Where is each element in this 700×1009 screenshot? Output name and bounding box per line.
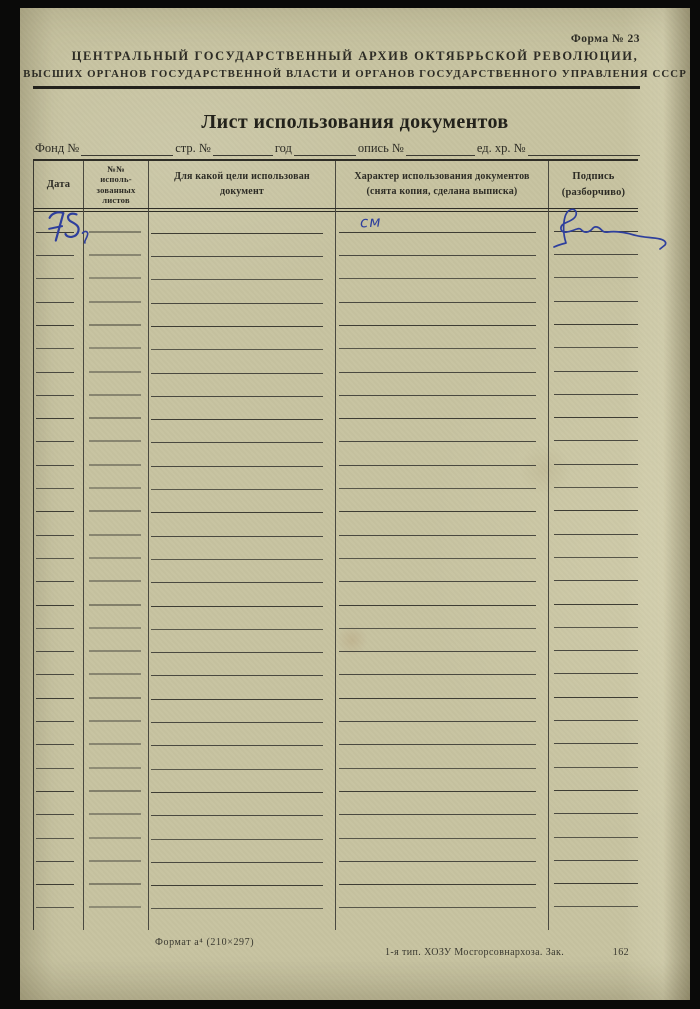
table-cell bbox=[33, 722, 83, 745]
table-cell bbox=[33, 582, 83, 605]
table-cell bbox=[33, 395, 83, 418]
table-cell bbox=[335, 325, 548, 348]
table-cell bbox=[148, 512, 335, 535]
table-cell bbox=[548, 675, 638, 698]
table-cell bbox=[335, 302, 548, 325]
table-cell bbox=[335, 861, 548, 884]
table-cell bbox=[335, 838, 548, 861]
table-cell bbox=[83, 279, 148, 302]
column-header-usage-character: Характер использования документов (снята… bbox=[335, 161, 548, 208]
table-cell bbox=[335, 675, 548, 698]
table-cell bbox=[548, 279, 638, 302]
table-cell bbox=[148, 605, 335, 628]
table-row bbox=[33, 558, 638, 581]
table-cell bbox=[33, 791, 83, 814]
column-header-signature: Подпись (разборчиво) bbox=[548, 161, 638, 208]
table-cell bbox=[83, 675, 148, 698]
table-cell bbox=[335, 885, 548, 908]
table-cell bbox=[33, 908, 83, 930]
table-cell bbox=[335, 279, 548, 302]
table-cell bbox=[548, 372, 638, 395]
table-cell bbox=[33, 465, 83, 488]
table-row bbox=[33, 512, 638, 535]
column-header-purpose: Для какой цели использован документ bbox=[148, 161, 335, 208]
table-cell bbox=[83, 419, 148, 442]
table-cell bbox=[335, 512, 548, 535]
storage-unit-label: ед. хр. № bbox=[475, 142, 528, 156]
handwritten-usage-note: см bbox=[360, 213, 382, 232]
header-rule bbox=[33, 86, 640, 89]
table-cell bbox=[148, 861, 335, 884]
table-cell bbox=[83, 628, 148, 651]
table-row bbox=[33, 442, 638, 465]
table-row bbox=[33, 605, 638, 628]
table-row bbox=[33, 791, 638, 814]
table-cell bbox=[335, 745, 548, 768]
table-cell bbox=[83, 372, 148, 395]
table-cell bbox=[148, 582, 335, 605]
table-cell bbox=[548, 815, 638, 838]
table-cell bbox=[548, 465, 638, 488]
table-cell bbox=[548, 652, 638, 675]
handwritten-75g-scribble bbox=[37, 202, 93, 249]
table-row bbox=[33, 395, 638, 418]
usage-table-header: Дата №№ исполь- зованных листов Для како… bbox=[33, 159, 638, 209]
table-cell bbox=[148, 698, 335, 721]
table-cell bbox=[548, 419, 638, 442]
table-cell bbox=[33, 256, 83, 279]
table-cell bbox=[33, 768, 83, 791]
table-cell bbox=[83, 652, 148, 675]
table-cell bbox=[83, 209, 148, 232]
table-cell bbox=[148, 815, 335, 838]
table-cell bbox=[335, 652, 548, 675]
table-cell bbox=[33, 861, 83, 884]
table-cell bbox=[83, 489, 148, 512]
table-cell bbox=[33, 885, 83, 908]
handwritten-date-entry bbox=[37, 202, 93, 249]
storage-unit-blank-line bbox=[528, 143, 640, 156]
table-cell bbox=[33, 302, 83, 325]
table-cell bbox=[33, 512, 83, 535]
table-cell bbox=[33, 652, 83, 675]
fond-label: Фонд № bbox=[33, 142, 81, 156]
table-cell bbox=[335, 605, 548, 628]
handwritten-signature bbox=[544, 203, 689, 253]
table-cell bbox=[33, 349, 83, 372]
table-cell bbox=[148, 302, 335, 325]
table-cell bbox=[548, 698, 638, 721]
table-cell bbox=[33, 558, 83, 581]
table-cell bbox=[33, 372, 83, 395]
printer-note-row: 1-я тип. ХОЗУ Мосгорсовнархоза. Зак. 162 bbox=[385, 947, 629, 958]
column-header-sheets: №№ исполь- зованных листов bbox=[83, 161, 148, 208]
table-cell bbox=[548, 302, 638, 325]
table-row bbox=[33, 768, 638, 791]
table-cell bbox=[83, 722, 148, 745]
year-blank-line bbox=[294, 143, 356, 156]
table-cell bbox=[335, 232, 548, 255]
table-cell bbox=[83, 465, 148, 488]
table-cell bbox=[335, 372, 548, 395]
table-cell bbox=[335, 395, 548, 418]
table-cell bbox=[335, 815, 548, 838]
table-cell bbox=[548, 628, 638, 651]
table-cell bbox=[148, 395, 335, 418]
table-cell bbox=[548, 489, 638, 512]
table-cell bbox=[548, 395, 638, 418]
table-cell bbox=[148, 535, 335, 558]
table-cell bbox=[335, 698, 548, 721]
table-cell bbox=[548, 512, 638, 535]
opis-blank-line bbox=[406, 143, 475, 156]
table-cell bbox=[148, 908, 335, 930]
table-cell bbox=[83, 908, 148, 930]
table-cell bbox=[33, 675, 83, 698]
table-cell bbox=[335, 908, 548, 930]
year-label: год bbox=[273, 142, 294, 156]
table-cell bbox=[83, 325, 148, 348]
usage-table-body bbox=[33, 209, 638, 930]
table-cell bbox=[335, 535, 548, 558]
table-cell bbox=[148, 745, 335, 768]
table-cell bbox=[548, 349, 638, 372]
table-cell bbox=[83, 395, 148, 418]
table-cell bbox=[335, 722, 548, 745]
table-cell bbox=[148, 209, 335, 232]
table-cell bbox=[83, 745, 148, 768]
table-row bbox=[33, 628, 638, 651]
page-title: Лист использования документов bbox=[20, 111, 690, 134]
table-cell bbox=[335, 489, 548, 512]
table-cell bbox=[335, 256, 548, 279]
print-order-number: 162 bbox=[613, 947, 629, 958]
table-row bbox=[33, 372, 638, 395]
table-cell bbox=[83, 512, 148, 535]
table-cell bbox=[548, 722, 638, 745]
table-row bbox=[33, 582, 638, 605]
table-row bbox=[33, 698, 638, 721]
table-cell bbox=[548, 861, 638, 884]
table-cell bbox=[148, 419, 335, 442]
table-row bbox=[33, 885, 638, 908]
table-cell bbox=[148, 675, 335, 698]
table-cell bbox=[548, 256, 638, 279]
table-cell bbox=[148, 232, 335, 255]
table-cell bbox=[148, 628, 335, 651]
table-cell bbox=[335, 768, 548, 791]
table-cell bbox=[148, 791, 335, 814]
table-cell bbox=[548, 442, 638, 465]
table-cell bbox=[33, 605, 83, 628]
table-cell bbox=[148, 325, 335, 348]
table-cell bbox=[148, 722, 335, 745]
printer-note: 1-я тип. ХОЗУ Мосгорсовнархоза. Зак. bbox=[385, 947, 564, 958]
table-row bbox=[33, 302, 638, 325]
table-row-open bbox=[33, 908, 638, 930]
table-cell bbox=[83, 256, 148, 279]
table-row bbox=[33, 419, 638, 442]
column-header-date: Дата bbox=[33, 161, 83, 208]
table-cell bbox=[148, 652, 335, 675]
opis-label: опись № bbox=[356, 142, 406, 156]
table-cell bbox=[33, 279, 83, 302]
table-cell bbox=[83, 838, 148, 861]
table-cell bbox=[83, 535, 148, 558]
table-row bbox=[33, 815, 638, 838]
usage-table: Дата №№ исполь- зованных листов Для како… bbox=[33, 159, 638, 930]
table-cell bbox=[33, 838, 83, 861]
page-label: стр. № bbox=[173, 142, 213, 156]
table-cell bbox=[33, 442, 83, 465]
fond-blank-line bbox=[81, 143, 173, 156]
table-row bbox=[33, 675, 638, 698]
table-cell bbox=[335, 419, 548, 442]
document-page: Форма № 23 ЦЕНТРАЛЬНЫЙ ГОСУДАРСТВЕННЫЙ А… bbox=[20, 8, 690, 1000]
table-cell bbox=[548, 745, 638, 768]
table-cell bbox=[33, 698, 83, 721]
table-cell bbox=[83, 582, 148, 605]
table-cell bbox=[148, 489, 335, 512]
table-cell bbox=[335, 558, 548, 581]
table-cell bbox=[148, 465, 335, 488]
table-row bbox=[33, 722, 638, 745]
table-cell bbox=[148, 768, 335, 791]
scan-background: { "document": { "form_number": "Форма № … bbox=[0, 0, 700, 1009]
table-cell bbox=[83, 791, 148, 814]
table-cell bbox=[335, 582, 548, 605]
table-cell bbox=[83, 302, 148, 325]
table-row bbox=[33, 861, 638, 884]
table-cell bbox=[83, 558, 148, 581]
table-cell bbox=[548, 768, 638, 791]
table-cell bbox=[83, 861, 148, 884]
page-blank-line bbox=[213, 143, 273, 156]
table-cell bbox=[548, 885, 638, 908]
table-cell bbox=[83, 605, 148, 628]
table-cell bbox=[148, 349, 335, 372]
format-note: Формат а⁴ (210×297) bbox=[155, 937, 254, 948]
table-cell bbox=[83, 885, 148, 908]
table-cell bbox=[548, 558, 638, 581]
table-cell bbox=[148, 256, 335, 279]
table-cell bbox=[83, 349, 148, 372]
table-cell bbox=[548, 908, 638, 930]
table-cell bbox=[33, 535, 83, 558]
table-row bbox=[33, 535, 638, 558]
table-cell bbox=[548, 535, 638, 558]
table-cell bbox=[148, 442, 335, 465]
table-cell bbox=[83, 815, 148, 838]
table-row bbox=[33, 325, 638, 348]
table-cell bbox=[335, 628, 548, 651]
table-row bbox=[33, 349, 638, 372]
organization-line-2: ВЫСШИХ ОРГАНОВ ГОСУДАРСТВЕННОЙ ВЛАСТИ И … bbox=[20, 68, 690, 80]
table-cell bbox=[148, 838, 335, 861]
table-cell bbox=[335, 465, 548, 488]
table-cell bbox=[148, 558, 335, 581]
table-cell bbox=[548, 838, 638, 861]
table-cell bbox=[335, 349, 548, 372]
table-row bbox=[33, 838, 638, 861]
table-cell bbox=[33, 628, 83, 651]
table-cell bbox=[148, 885, 335, 908]
table-row bbox=[33, 279, 638, 302]
table-cell bbox=[83, 442, 148, 465]
reference-fields-row: Фонд № стр. № год опись № ед. хр. № bbox=[33, 142, 640, 156]
table-cell bbox=[33, 325, 83, 348]
table-cell bbox=[148, 372, 335, 395]
table-cell bbox=[83, 698, 148, 721]
table-cell bbox=[33, 745, 83, 768]
table-cell bbox=[335, 791, 548, 814]
table-row bbox=[33, 465, 638, 488]
table-cell bbox=[548, 605, 638, 628]
table-cell bbox=[148, 279, 335, 302]
signature-scribble bbox=[544, 203, 689, 253]
table-row bbox=[33, 256, 638, 279]
table-row bbox=[33, 652, 638, 675]
form-number: Форма № 23 bbox=[571, 33, 640, 45]
table-cell bbox=[548, 325, 638, 348]
table-row bbox=[33, 745, 638, 768]
table-cell bbox=[33, 489, 83, 512]
table-row bbox=[33, 489, 638, 512]
organization-line-1: ЦЕНТРАЛЬНЫЙ ГОСУДАРСТВЕННЫЙ АРХИВ ОКТЯБР… bbox=[20, 49, 690, 64]
table-cell bbox=[83, 768, 148, 791]
table-cell bbox=[33, 419, 83, 442]
table-cell bbox=[548, 791, 638, 814]
table-cell bbox=[33, 815, 83, 838]
table-cell bbox=[335, 442, 548, 465]
table-cell bbox=[548, 582, 638, 605]
